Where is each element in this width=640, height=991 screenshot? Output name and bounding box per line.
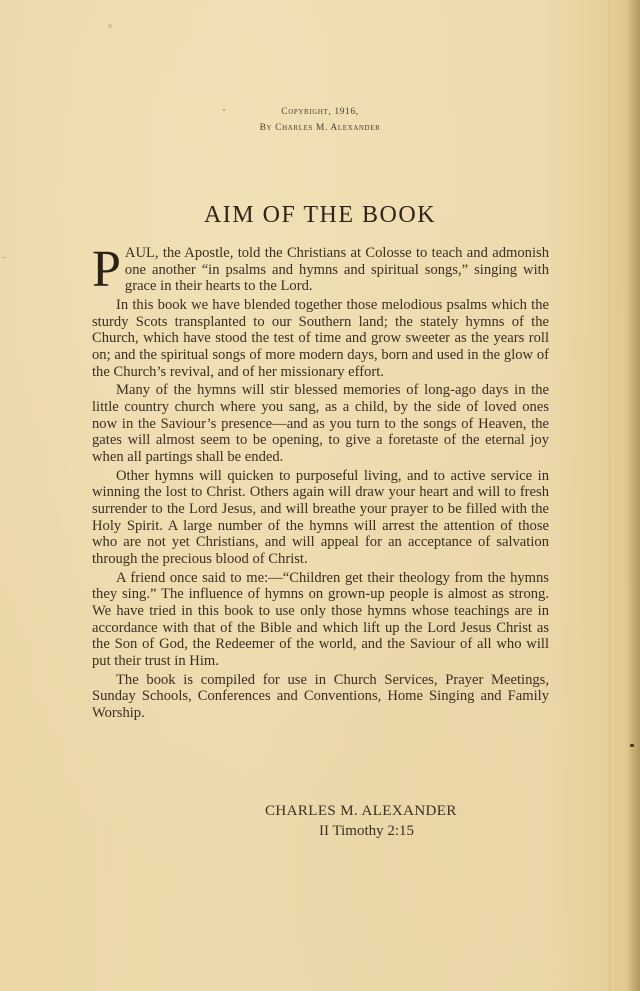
page-edge-mark <box>630 744 634 747</box>
paragraph-1-text: AUL, the Apostle, told the Christians at… <box>125 245 549 294</box>
paragraph-3: Many of the hymns will stir blessed memo… <box>92 382 549 466</box>
scripture-reference: II Timothy 2:15 <box>319 823 414 840</box>
page-edge-shadow <box>626 0 640 991</box>
paragraph-5: A friend once said to me:—“Children get … <box>92 570 549 670</box>
page-edge-line <box>609 0 610 991</box>
paragraph-1: PAUL, the Apostle, told the Christians a… <box>92 245 549 295</box>
copyright-year-line: Copyright, 1916, <box>0 104 640 120</box>
paragraph-4: Other hymns will quicken to purposeful l… <box>92 468 549 568</box>
body-text: PAUL, the Apostle, told the Christians a… <box>92 245 549 723</box>
page-title: AIM OF THE BOOK <box>0 202 640 229</box>
paper-speck <box>108 24 112 28</box>
paragraph-2: In this book we have blended together th… <box>92 297 549 381</box>
book-page: Copyright, 1916, By Charles M. Alexander… <box>0 0 640 991</box>
author-signature: CHARLES M. ALEXANDER <box>265 803 457 820</box>
drop-cap: P <box>92 249 121 291</box>
copyright-notice: Copyright, 1916, By Charles M. Alexander <box>0 104 640 136</box>
paper-speck <box>2 257 7 258</box>
paragraph-6: The book is compiled for use in Church S… <box>92 672 549 722</box>
copyright-author-line: By Charles M. Alexander <box>0 120 640 136</box>
